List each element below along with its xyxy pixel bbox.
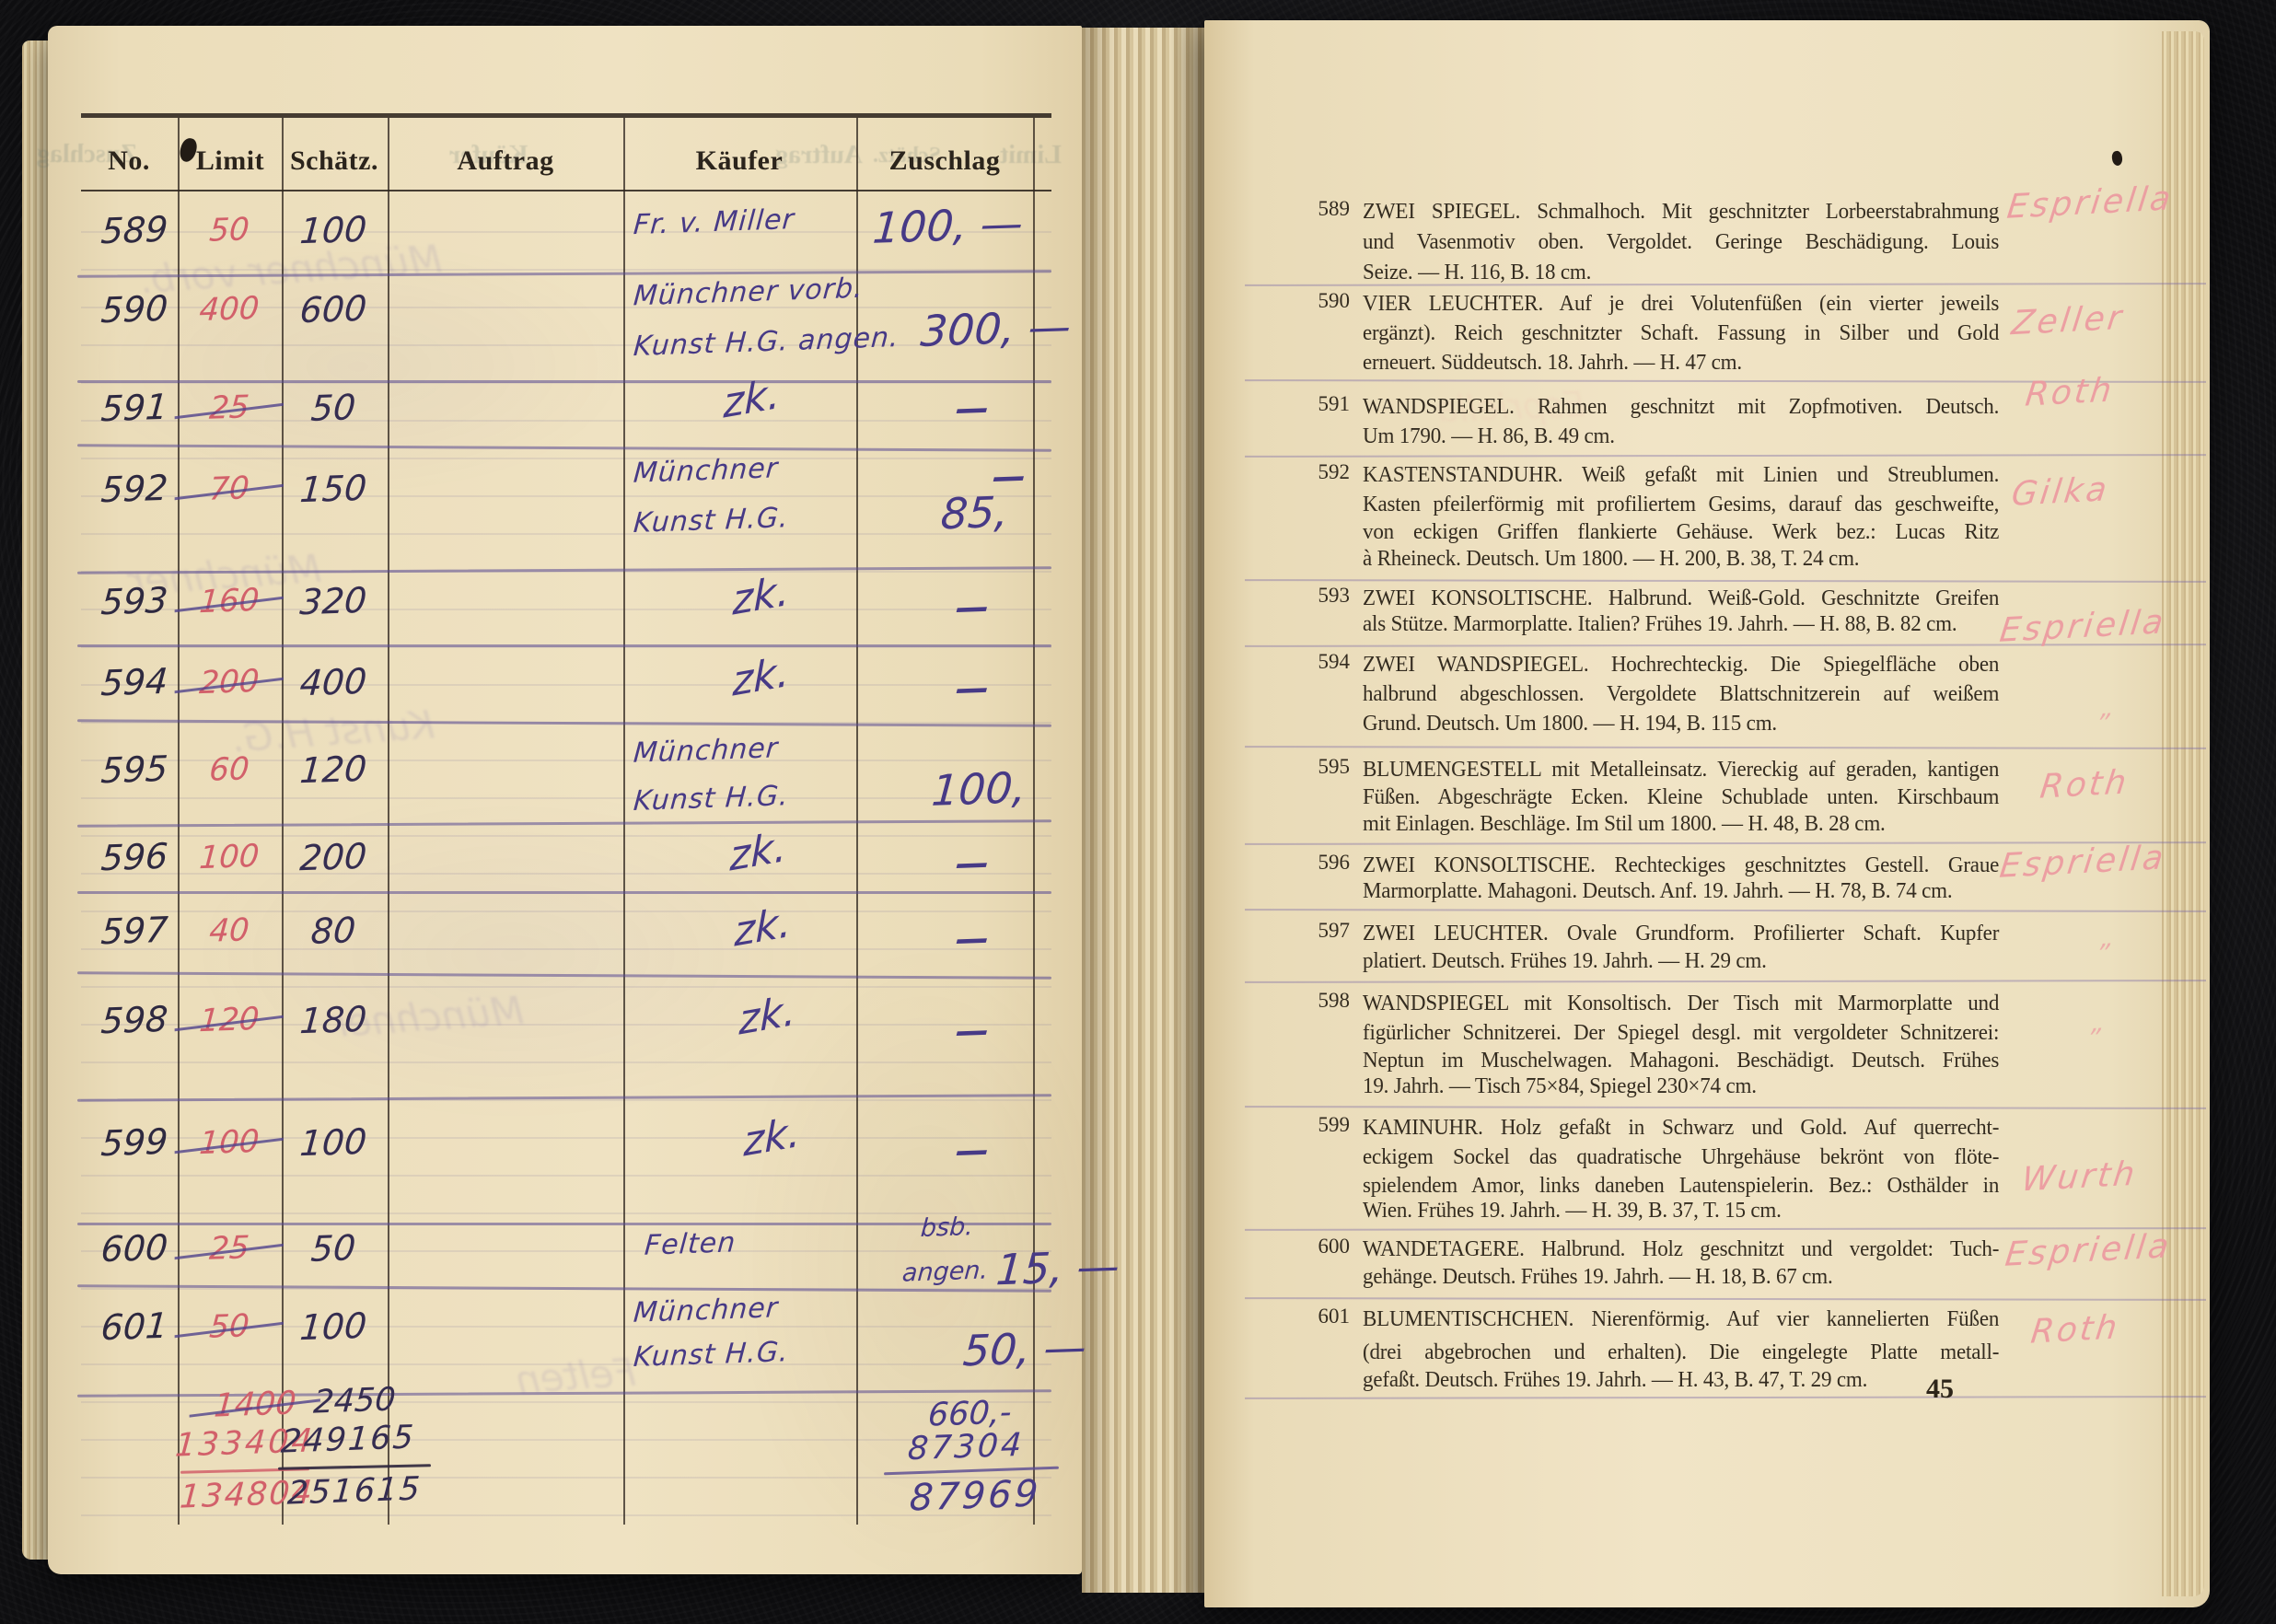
- header-underline: [81, 190, 1051, 191]
- catalog-entry-line: Um 1790. — H. 86, B. 49 cm.: [1363, 422, 1999, 451]
- column-divider: [388, 118, 389, 1525]
- zuschlag-subtotal: 87304: [907, 1427, 1026, 1468]
- book-gutter: [1082, 28, 1204, 1593]
- buyer-annotation: Roth: [2038, 763, 2131, 806]
- col-header-kaeufer: Käufer: [675, 145, 804, 177]
- schaetz-grand-total: 251615: [275, 1470, 435, 1513]
- col-header-schaetz: Schätz.: [270, 145, 399, 177]
- catalog-entry-line: VIER LEUCHTER. Auf je drei Volutenfüßen …: [1363, 289, 1999, 319]
- estimate-value: 200: [282, 835, 384, 879]
- hammer-price: bsb.: [920, 1212, 974, 1243]
- lot-number: 590: [87, 287, 181, 331]
- buyer-entry: Münchner: [633, 732, 780, 770]
- limit-value: 25: [180, 1228, 280, 1269]
- schaetz-subtotal: 249165: [273, 1419, 424, 1461]
- estimate-value: 150: [282, 467, 384, 511]
- catalog-entry-line: BLUMENGESTELL mit Metalleinsatz. Viereck…: [1363, 755, 1999, 784]
- buyer-annotation: Roth: [2024, 371, 2117, 413]
- lot-number: 600: [87, 1226, 181, 1270]
- buyer-entry: Kunst H.G.: [633, 780, 790, 818]
- catalog-entry-line: Marmorplatte. Mahagoni. Deutsch. Anf. 19…: [1363, 876, 1999, 906]
- buyer-annotation: Wurth: [2020, 1155, 2140, 1200]
- catalog-entry-line: figürlicher Schnitzerei. Der Spiegel des…: [1363, 1018, 1999, 1048]
- lot-number: 598: [87, 998, 181, 1042]
- lot-number: 596: [87, 835, 181, 879]
- row-separator: [77, 1223, 1051, 1225]
- buyer-entry: Fr. v. Miller: [633, 203, 795, 241]
- catalog-entry-line: ZWEI WANDSPIEGEL. Hochrechteckig. Die Sp…: [1363, 650, 1999, 679]
- catalog-entry-line: ZWEI LEUCHTER. Ovale Grundform. Profilie…: [1363, 919, 1999, 948]
- buyer-entry: zk.: [732, 567, 789, 625]
- catalog-lot-number: 594: [1304, 650, 1350, 674]
- catalog-entry-line: Füßen. Abgeschrägte Ecken. Kleine Schubl…: [1363, 783, 1999, 812]
- catalog-entry-line: gefaßt. Deutsch. Frühes 19. Jahrh. — H. …: [1363, 1365, 1999, 1395]
- catalog-lot-number: 600: [1304, 1235, 1350, 1259]
- auction-ledger-spread: Zuschlag Käufer Auftrag Schätz. Limit Mü…: [0, 0, 2276, 1624]
- buyer-entry: Kunst H.G.: [633, 502, 790, 539]
- row-separator: [77, 644, 1051, 647]
- col-header-auftrag: Auftrag: [441, 145, 570, 177]
- catalog-entry-line: KASTENSTANDUHR. Weiß gefaßt mit Linien u…: [1363, 460, 1999, 490]
- row-separator: [77, 891, 1051, 894]
- estimate-value: 100: [282, 1120, 384, 1165]
- catalog-entry-line: WANDSPIEGEL mit Konsoltisch. Der Tisch m…: [1363, 989, 1999, 1018]
- catalog-lot-number: 591: [1304, 392, 1350, 416]
- hammer-price: 85,: [939, 487, 1010, 539]
- catalog-entry-line: WANDETAGERE. Halbrund. Holz geschnitzt u…: [1363, 1235, 1999, 1264]
- buyer-entry: zk.: [729, 823, 786, 881]
- catalog-lot-number: 596: [1304, 851, 1350, 875]
- hammer-price: angen.: [901, 1256, 989, 1287]
- lot-number: 599: [87, 1120, 181, 1165]
- page-number: 45: [1926, 1374, 1954, 1405]
- catalog-entry-line: Grund. Deutsch. Um 1800. — H. 194, B. 11…: [1363, 709, 1999, 738]
- limit-value: 100: [180, 837, 280, 877]
- hammer-price: 100,: [930, 762, 1028, 816]
- limit-value: 50: [180, 1306, 280, 1347]
- catalog-entry-line: ergänzt). Reich geschnitzter Schaft. Fas…: [1363, 319, 1999, 348]
- catalog-entry-line: eckigem Sockel das quadratische Uhrgehäu…: [1363, 1143, 1999, 1172]
- buyer-annotation: Roth: [2029, 1308, 2122, 1351]
- buyer-entry: zk.: [732, 648, 789, 706]
- schaetz-total: 2450: [294, 1381, 416, 1422]
- catalog-lot-number: 590: [1304, 289, 1350, 313]
- hammer-price: —: [955, 844, 991, 883]
- hammer-price: —: [955, 920, 991, 958]
- col-header-zuschlag: Zuschlag: [880, 145, 1009, 177]
- lot-number: 592: [87, 467, 181, 511]
- lot-number: 595: [87, 748, 181, 792]
- limit-value: 400: [180, 289, 280, 330]
- estimate-value: 320: [282, 579, 384, 623]
- zuschlag-grand-total: 87969: [908, 1472, 1041, 1519]
- catalog-lot-number: 592: [1304, 460, 1350, 484]
- limit-value: 160: [180, 581, 280, 621]
- catalog-entry-line: BLUMENTISCHCHEN. Nierenförmig. Auf vier …: [1363, 1305, 1999, 1334]
- page-stack-edge-right: [2162, 31, 2204, 1596]
- limit-value: 40: [180, 911, 280, 951]
- catalog-lot-number: 598: [1304, 989, 1350, 1013]
- buyer-entry: zk.: [743, 1108, 800, 1166]
- catalog-entry-line: à Rheineck. Deutsch. Um 1800. — H. 200, …: [1363, 544, 1999, 574]
- estimate-value: 400: [282, 660, 384, 704]
- catalog-entry-line: Kasten pfeilerförmig mit profiliertem Ge…: [1363, 490, 1999, 519]
- row-separator: [77, 380, 1051, 383]
- lot-number: 589: [87, 208, 181, 252]
- lot-number: 594: [87, 660, 181, 704]
- buyer-entry: Münchner: [633, 452, 780, 490]
- catalog-lot-number: 597: [1304, 919, 1350, 943]
- catalog-entry-line: und Vasenmotiv oben. Vergoldet. Geringe …: [1363, 227, 1999, 257]
- buyer-annotation: Gilka: [2010, 470, 2112, 514]
- catalog-entry-line: mit Einlagen. Beschläge. Im Stil um 1800…: [1363, 809, 1999, 839]
- estimate-value: 100: [282, 208, 384, 252]
- catalog-entry-line: ZWEI SPIEGEL. Schmalhoch. Mit geschnitzt…: [1363, 197, 1999, 226]
- table-top-rule: [81, 113, 1051, 118]
- buyer-entry: zk.: [723, 370, 780, 428]
- estimate-value: 180: [282, 998, 384, 1042]
- estimate-value: 80: [282, 909, 384, 953]
- buyer-entry: Kunst H.G.: [633, 1336, 790, 1374]
- catalog-entry-line: Seize. — H. 116, B. 18 cm.: [1363, 258, 1999, 287]
- catalog-entry-line: platiert. Deutsch. Frühes 19. Jahrh. — H…: [1363, 946, 1999, 976]
- limit-value: 60: [180, 749, 280, 790]
- catalog-lot-number: 593: [1304, 584, 1350, 608]
- buyer-annotation: Zeller: [2010, 299, 2127, 343]
- buyer-entry: Münchner: [633, 1292, 780, 1329]
- hammer-price: 300, —: [919, 301, 1073, 356]
- lot-number: 601: [87, 1305, 181, 1349]
- catalog-entry-line: KAMINUHR. Holz gefaßt in Schwarz und Gol…: [1363, 1113, 1999, 1143]
- limit-value: 25: [180, 388, 280, 428]
- catalog-entry-line: halbrund abgeschlossen. Vergoldete Blatt…: [1363, 679, 1999, 709]
- hammer-price: 100, —: [871, 198, 1025, 253]
- limit-value: 100: [180, 1122, 280, 1163]
- catalog-entry-line: Wien. Frühes 19. Jahrh. — H. 39, B. 37, …: [1363, 1196, 1999, 1225]
- hammer-price: 15, —: [994, 1241, 1121, 1295]
- hammer-price: —: [955, 1131, 991, 1170]
- lot-number: 591: [87, 386, 181, 430]
- hammer-price: —: [955, 588, 991, 627]
- hammer-price: 50, —: [961, 1322, 1087, 1376]
- hammer-price: —: [955, 669, 991, 708]
- catalog-entry-line: 19. Jahrh. — Tisch 75×84, Spiegel 230×74…: [1363, 1072, 1999, 1101]
- estimate-value: 50: [282, 386, 384, 430]
- hammer-price: —: [955, 1012, 991, 1050]
- limit-value: 200: [180, 662, 280, 702]
- estimate-value: 50: [282, 1226, 384, 1270]
- catalog-entry-line: erneuert. Süddeutsch. 18. Jahrh. — H. 47…: [1363, 348, 1999, 377]
- buyer-entry: zk.: [734, 899, 791, 957]
- catalog-lot-number: 589: [1304, 197, 1350, 221]
- catalog-entry-line: von eckigen Griffen flankierte Gehäuse. …: [1363, 517, 1999, 547]
- catalog-lot-number: 601: [1304, 1305, 1350, 1328]
- estimate-value: 100: [282, 1305, 384, 1349]
- catalog-entry-line: (drei abgebrochen und erhalten). Die ein…: [1363, 1338, 1999, 1367]
- estimate-value: 600: [282, 287, 384, 331]
- limit-value: 50: [180, 210, 280, 250]
- bleedthrough-header: Limit: [1000, 141, 1062, 170]
- catalog-entry-line: WANDSPIEGEL. Rahmen geschnitzt mit Zopfm…: [1363, 392, 1999, 422]
- lot-number: 597: [87, 909, 181, 953]
- buyer-entry: zk.: [738, 987, 795, 1045]
- estimate-value: 120: [282, 748, 384, 792]
- buyer-entry: Felten: [644, 1226, 737, 1262]
- hammer-price: —: [955, 389, 991, 428]
- limit-value: 120: [180, 1000, 280, 1040]
- catalog-entry-line: gehänge. Deutsch. Frühes 19. Jahrh. — H.…: [1363, 1262, 1999, 1292]
- lot-number: 593: [87, 579, 181, 623]
- catalog-entry-line: als Stütze. Marmorplatte. Italien? Frühe…: [1363, 609, 1999, 639]
- limit-value: 70: [180, 469, 280, 509]
- catalog-lot-number: 595: [1304, 755, 1350, 779]
- catalog-lot-number: 599: [1304, 1113, 1350, 1137]
